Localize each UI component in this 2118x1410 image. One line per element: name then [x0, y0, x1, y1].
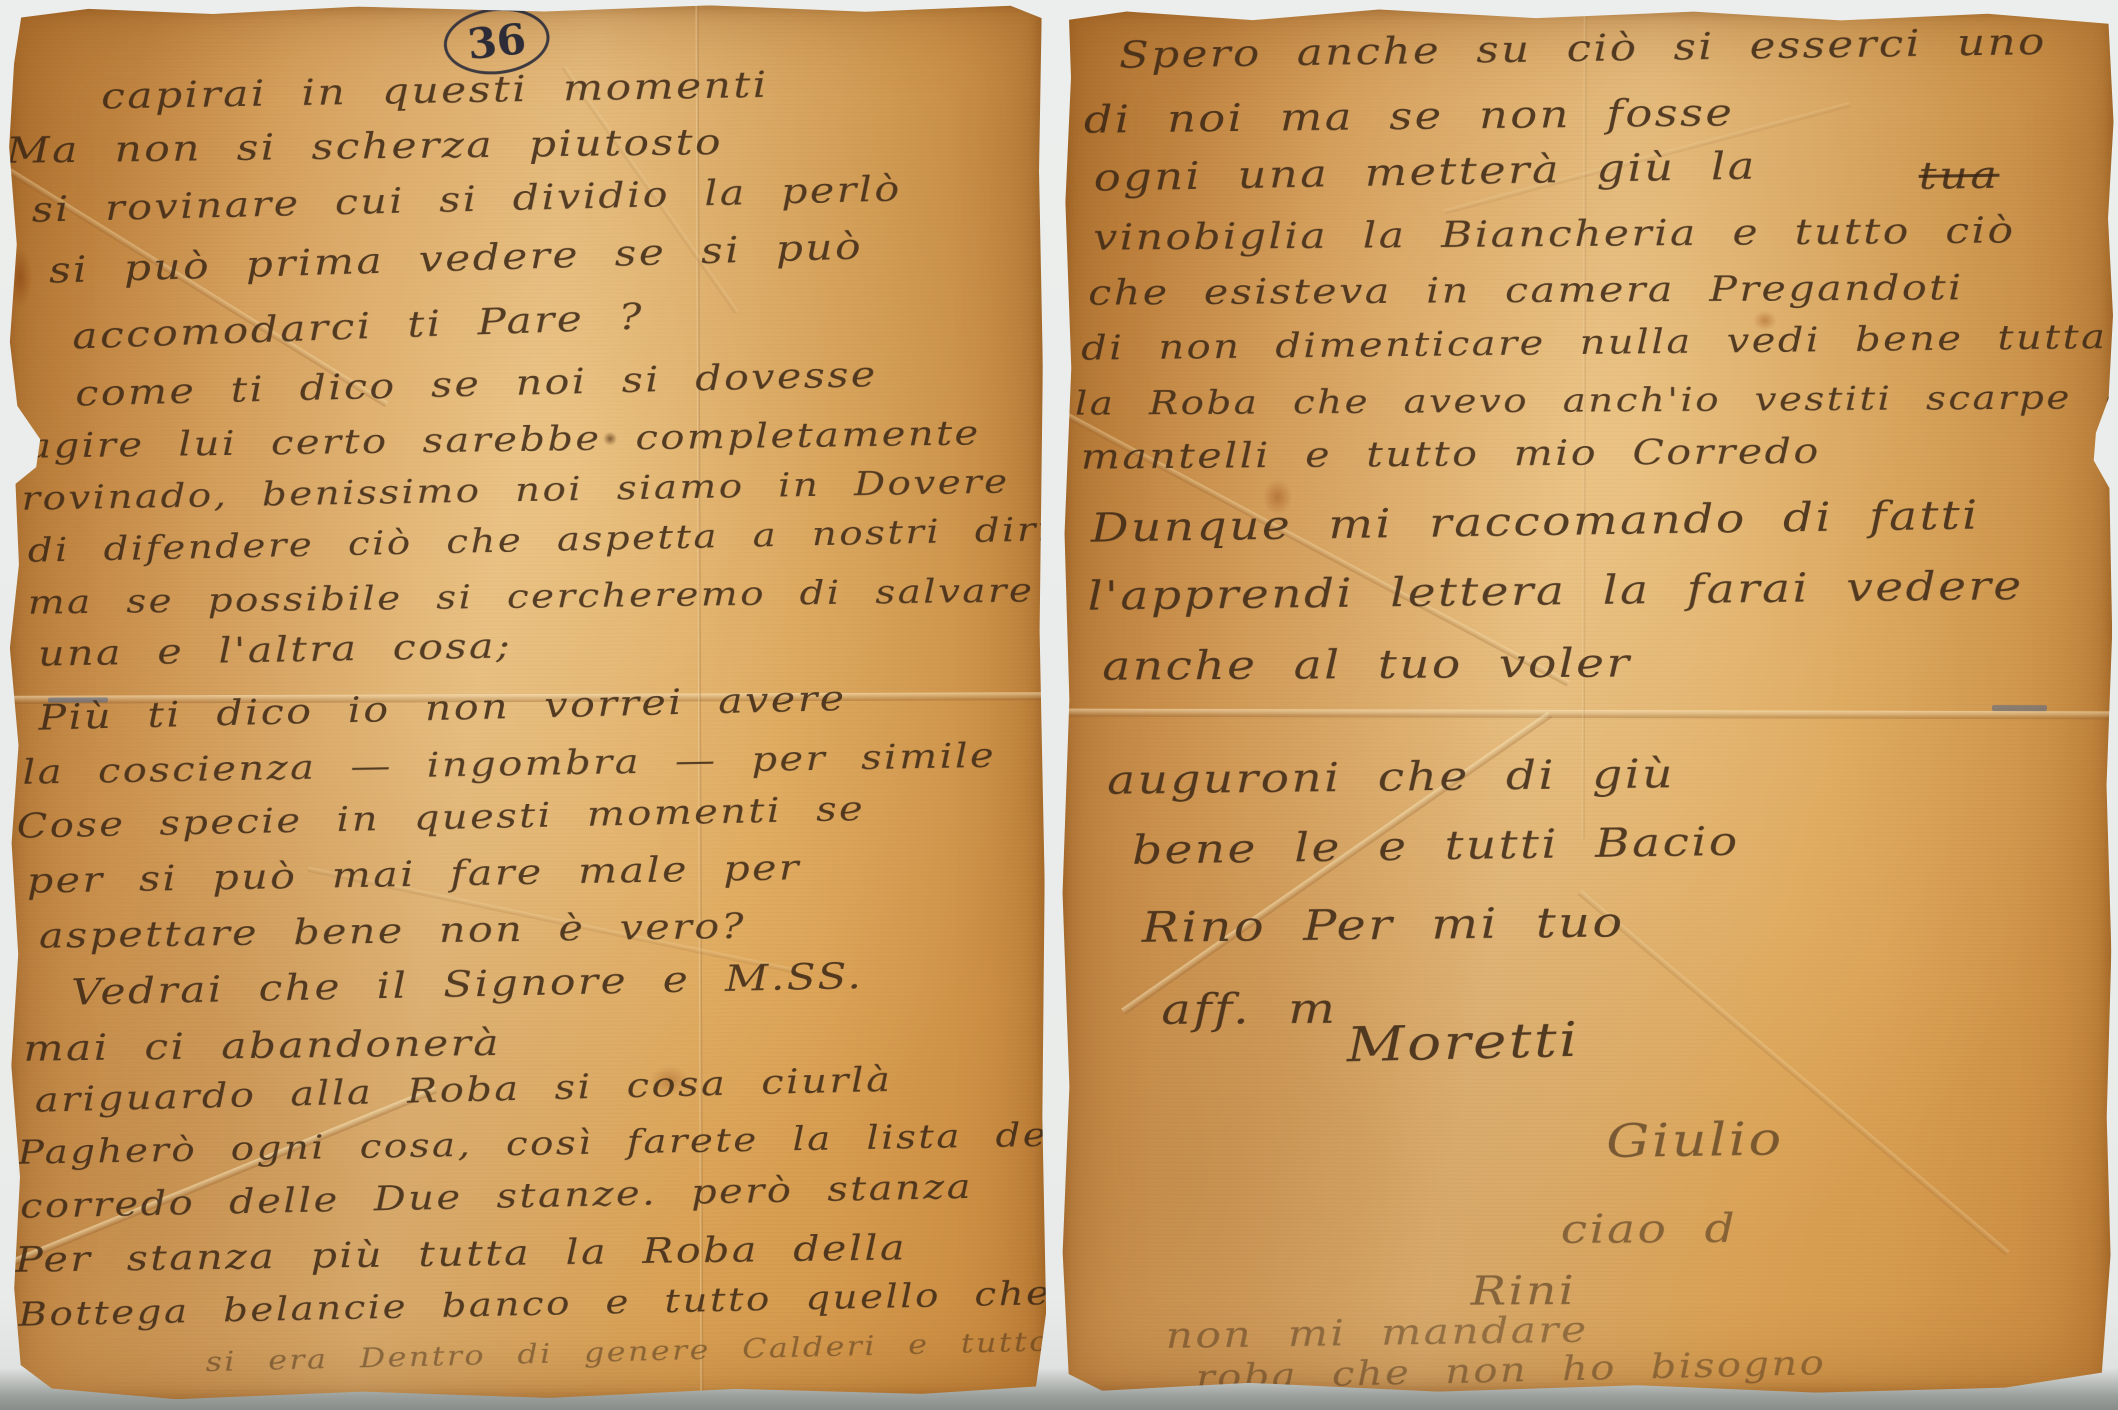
- handwritten-line: bene le e tutti Bacio: [1132, 822, 1740, 871]
- handwritten-line: aff. m: [1161, 988, 1337, 1031]
- handwritten-line: ariguardo alla Roba si cosa ciurlà: [34, 1063, 892, 1118]
- handwritten-line: vinobiglia la Biancheria e tutto ciò: [1093, 213, 2015, 256]
- stain: [6, 248, 32, 308]
- handwritten-line: la Roba che avevo anch'io vestiti scarpe…: [1075, 380, 2118, 419]
- handwritten-line: Giulio: [1606, 1115, 1784, 1164]
- handwritten-line: Cose specie in questi momenti se: [16, 792, 865, 844]
- handwritten-line: auguroni che di giù: [1107, 754, 1675, 800]
- handwritten-line: che esisteva in camera Pregandoti: [1088, 271, 1964, 311]
- handwritten-line: mai ci abandonerà: [23, 1026, 501, 1068]
- handwritten-line: mantelli e tutto mio Corredo: [1081, 435, 1821, 476]
- letter-page-right: Spero anche su ciò si esserci unodi noi …: [1060, 9, 2114, 1394]
- handwritten-line: Pagherò ogni cosa, così farete la lista …: [18, 1118, 1064, 1169]
- handwritten-line: si rovinare cui si dividio la perlò: [31, 172, 902, 228]
- handwritten-line: di non dimenticare nulla vedi bene tutta: [1081, 320, 2108, 366]
- handwritten-line: l'apprendi lettera la farai vedere: [1087, 566, 2024, 617]
- handwritten-line: non mi mandare: [1165, 1313, 1588, 1355]
- horizontal-fold-line: [1062, 709, 2112, 720]
- handwritten-line: Vedrai che il Signore e M.SS.: [71, 959, 864, 1012]
- crease-line: [1578, 890, 2010, 1256]
- handwritten-line: di noi ma se non fosse: [1084, 93, 1735, 138]
- handwritten-line: accomodarci ti Pare ?: [72, 300, 645, 356]
- page-right-lines: Spero anche su ciò si esserci unodi noi …: [1064, 9, 2114, 12]
- handwritten-line: una e l'altra cosa;: [38, 629, 513, 672]
- handwritten-line: Spero anche su ciò si esserci uno: [1119, 23, 2047, 74]
- handwritten-line: per si può mai fare male per: [27, 851, 802, 900]
- letter-page-left: 36 capirai in questi momentiMa non si sc…: [6, 4, 1047, 1400]
- handwritten-line: tua: [1918, 156, 1999, 195]
- handwritten-line: Moretti: [1346, 1016, 1580, 1069]
- handwritten-line: anche al tuo voler: [1102, 643, 1631, 686]
- handwritten-line: si può prima vedere se si può: [48, 230, 863, 290]
- handwritten-line: agire lui certo sarebbe completamente: [27, 416, 981, 463]
- handwritten-line: Più ti dico io non vorrei avere: [38, 682, 847, 737]
- handwritten-line: ma se possibile si cercheremo di salvare: [28, 573, 1035, 618]
- handwritten-line: ogni una metterà giù la: [1093, 147, 1757, 197]
- handwritten-line: Rino Per mi tuo: [1141, 901, 1624, 948]
- handwritten-line: si era Dentro di genere Calderi e tutto: [205, 1328, 1051, 1376]
- handwritten-line: come ti dico se noi si dovesse: [75, 358, 878, 413]
- handwritten-line: capirai in questi momenti: [101, 68, 769, 116]
- handwritten-line: rovinado, benissimo noi siamo in Dovere: [21, 465, 1010, 515]
- handwritten-line: corredo delle Due stanze. però stanza: [20, 1170, 974, 1224]
- handwritten-line: ciao d: [1561, 1209, 1738, 1250]
- handwritten-line: Per stanza più tutta la Roba della: [15, 1231, 907, 1278]
- handwritten-line: la coscienza — ingombra — per simile: [22, 739, 996, 790]
- scanned-letter: { "document": { "kind": "scanned handwri…: [0, 0, 2118, 1410]
- handwritten-line: Rini: [1471, 1271, 1577, 1312]
- page-number: 36: [465, 14, 528, 69]
- handwritten-line: aspettare bene non è vero?: [39, 910, 746, 955]
- page-left-lines: capirai in questi momentiMa non si scher…: [6, 4, 1042, 8]
- handwritten-line: Ma non si scherza piutosto: [6, 125, 723, 170]
- handwritten-line: Dunque mi raccomando di fatti: [1091, 496, 1980, 549]
- handwritten-line: di difendere ciò che aspetta a nostri di…: [27, 511, 1103, 567]
- handwritten-line: Bottega belancie banco e tutto quello ch…: [18, 1276, 1052, 1331]
